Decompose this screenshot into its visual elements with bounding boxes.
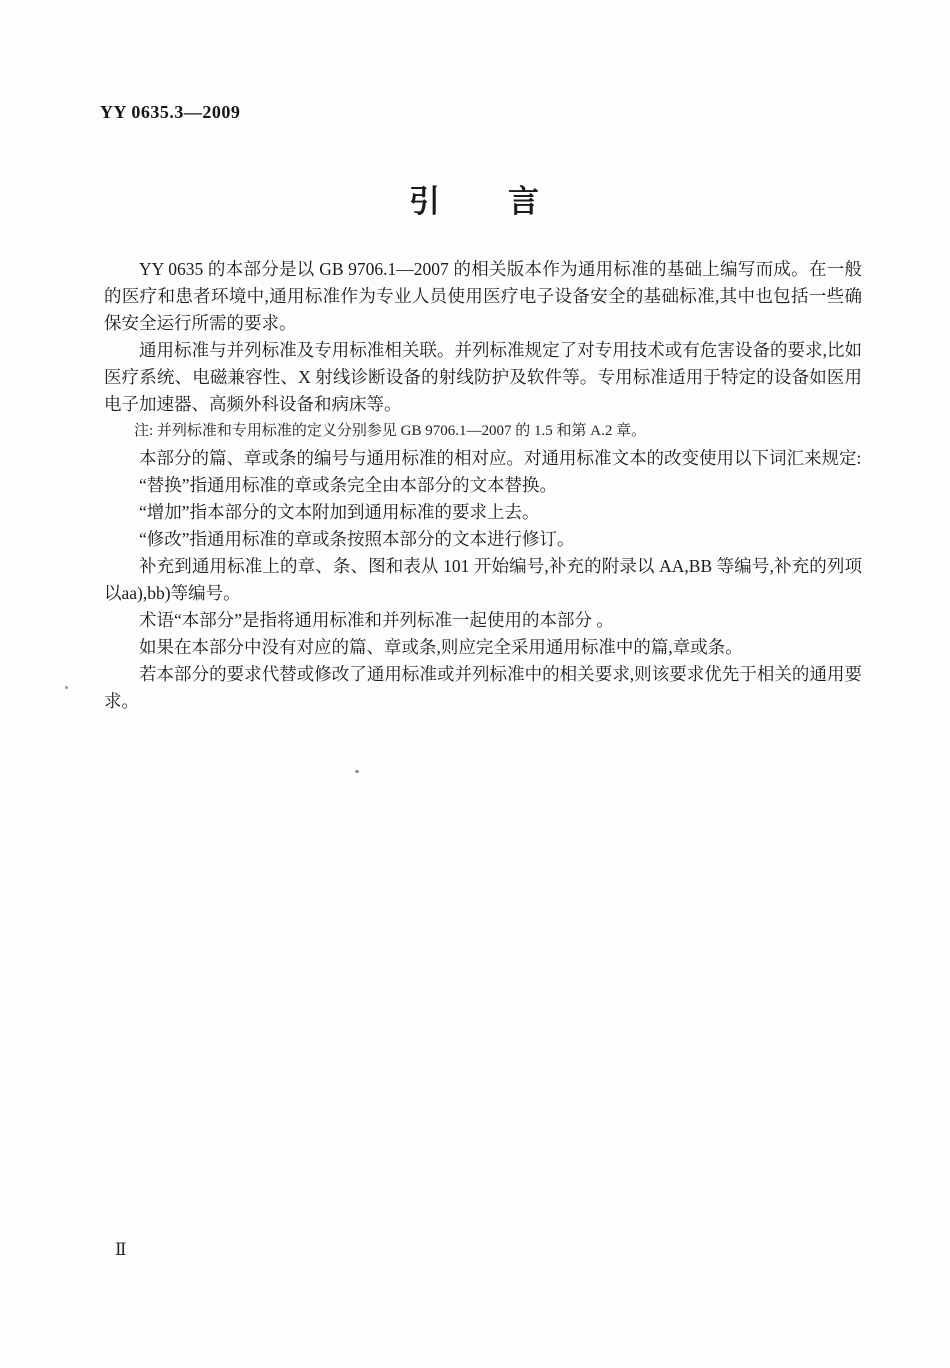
paragraph: “增加”指本部分的文本附加到通用标准的要求上去。 [104, 499, 862, 526]
section-title: 引 言 [0, 176, 950, 221]
scan-speck [65, 686, 68, 689]
note-paragraph: 注: 并列标准和专用标准的定义分别参见 GB 9706.1—2007 的 1.5… [104, 418, 862, 445]
paragraph: 通用标准与并列标准及专用标准相关联。并列标准规定了对专用技术或有危害设备的要求,… [104, 337, 862, 418]
document-number: YY 0635.3—2009 [100, 102, 240, 123]
paragraph: 本部分的篇、章或条的编号与通用标准的相对应。对通用标准文本的改变使用以下词汇来规… [104, 445, 862, 472]
scan-speck [355, 770, 359, 773]
document-body: YY 0635 的本部分是以 GB 9706.1—2007 的相关版本作为通用标… [104, 256, 862, 715]
paragraph: “修改”指通用标准的章或条按照本部分的文本进行修订。 [104, 526, 862, 553]
paragraph: 若本部分的要求代替或修改了通用标准或并列标准中的相关要求,则该要求优先于相关的通… [104, 661, 862, 715]
paragraph: YY 0635 的本部分是以 GB 9706.1—2007 的相关版本作为通用标… [104, 256, 862, 337]
paragraph: “替换”指通用标准的章或条完全由本部分的文本替换。 [104, 472, 862, 499]
paragraph: 术语“本部分”是指将通用标准和并列标准一起使用的本部分 。 [104, 607, 862, 634]
paragraph: 如果在本部分中没有对应的篇、章或条,则应完全采用通用标准中的篇,章或条。 [104, 634, 862, 661]
paragraph: 补充到通用标准上的章、条、图和表从 101 开始编号,补充的附录以 AA,BB … [104, 553, 862, 607]
page-number: Ⅱ [115, 1240, 127, 1260]
